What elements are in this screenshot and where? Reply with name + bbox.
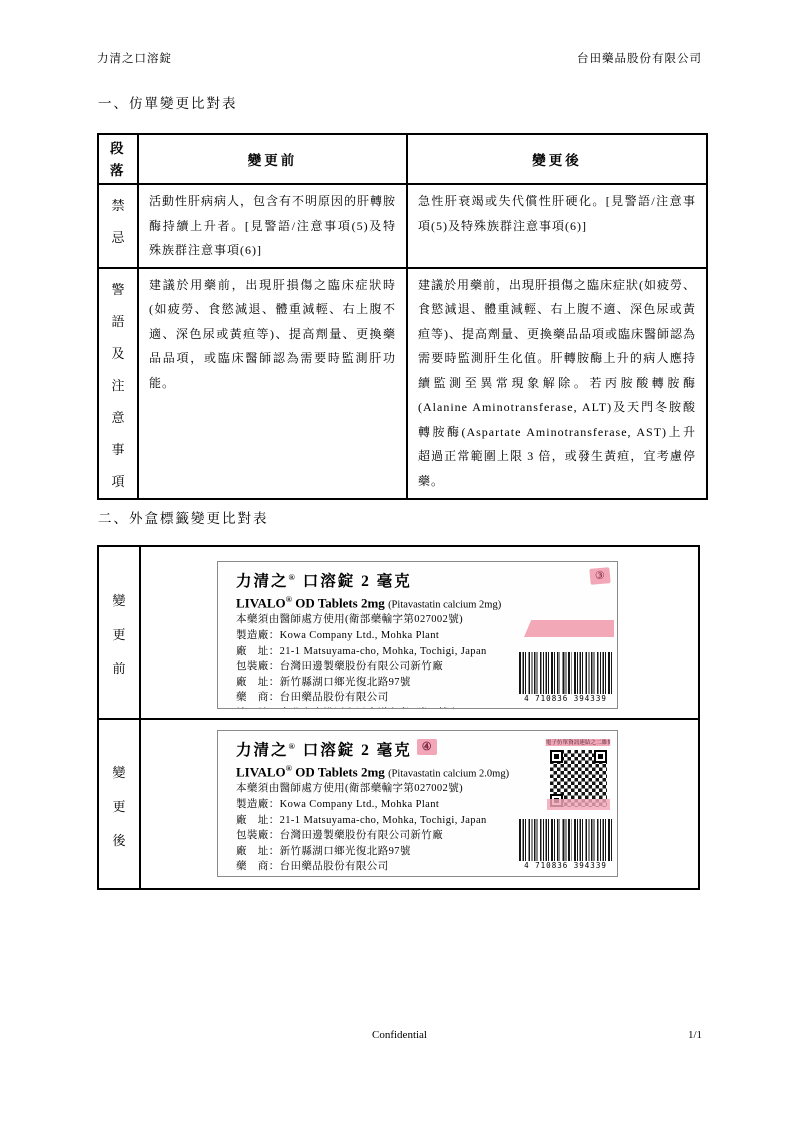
- license-holder-line: 藥 商：台田藥品股份有限公司: [236, 690, 566, 706]
- qr-finder-icon: [550, 750, 563, 763]
- annotation-badge-4: ④: [417, 739, 437, 755]
- packager-address-line: 廠 址：新竹縣湖口鄉光復北路97號: [236, 675, 566, 691]
- column-header-section: 段落: [110, 138, 126, 182]
- e-insert-qr-block: 電子仿單資訊連結之二維條碼: [546, 739, 610, 807]
- holder-address-line: 地 址：台北市南港區市民大道七段8號14樓之1: [236, 706, 566, 709]
- doc-footer: Confidential 1/1: [97, 1029, 702, 1041]
- pink-highlight-bar: [524, 620, 614, 637]
- company-name: 台田藥品股份有限公司: [577, 50, 702, 66]
- packager-address-line: 廠 址：新竹縣湖口鄉光復北路97號: [236, 844, 566, 860]
- barcode-digits: 4 710836 394339: [519, 694, 612, 703]
- table-row-label-before: 變更前 ③ 力清之® 口溶錠 2 毫克 LIVALO® OD Tablets 2…: [98, 546, 699, 719]
- manufacturer-line: 製造廠：Kowa Company Ltd., Mohka Plant: [236, 797, 566, 813]
- packager-line: 包裝廠：台灣田邊製藥股份有限公司新竹廠: [236, 659, 566, 675]
- package-label-after: 力清之® 口溶錠 2 毫克④ LIVALO® OD Tablets 2mg (P…: [217, 730, 618, 877]
- strength-text: (Pitavastatin calcium 2.0mg): [388, 768, 509, 779]
- holder-address-line: 地 址：台北市南港區市民大道七段8號14樓之1: [236, 875, 566, 877]
- pink-highlight-strip: [547, 799, 610, 810]
- row-label-before: 變更前: [111, 584, 127, 686]
- factory-address-line: 廠 址：21-1 Matsuyama-cho, Mohka, Tochigi, …: [236, 813, 566, 829]
- doc-header: 力清之口溶錠 台田藥品股份有限公司: [97, 50, 702, 66]
- barcode-digits: 4 710836 394339: [519, 861, 612, 870]
- after-text: 建議於用藥前，出現肝損傷之臨床症狀(如疲勞、食慾減退、體重減輕、右上腹不適、深色…: [407, 268, 707, 499]
- section2-title: 二、外盒標籤變更比對表: [98, 507, 269, 527]
- after-text: 急性肝衰竭或失代償性肝硬化。[見警語/注意事項(5)及特殊族群注意事項(6)]: [407, 184, 707, 268]
- rx-license-line: 本藥須由醫師處方使用(衛部藥輸字第027002號): [236, 612, 566, 628]
- row-section-label: 禁忌: [110, 190, 126, 254]
- before-text: 建議於用藥前，出現肝損傷之臨床症狀時(如疲勞、食慾減退、體重減輕、右上腹不適、深…: [138, 268, 407, 499]
- section1-title: 一、仿單變更比對表: [98, 92, 238, 112]
- qr-finder-icon: [594, 750, 607, 763]
- table-row-contraindications: 禁忌 活動性肝病病人，包含有不明原因的肝轉胺酶持續上升者。[見警語/注意事項(5…: [98, 184, 707, 268]
- packager-line: 包裝廠：台灣田邊製藥股份有限公司新竹廠: [236, 828, 566, 844]
- label-comparison-table: 變更前 ③ 力清之® 口溶錠 2 毫克 LIVALO® OD Tablets 2…: [97, 545, 700, 890]
- product-title-zh: 力清之® 口溶錠 2 毫克: [236, 569, 566, 591]
- row-label-after: 變更後: [111, 756, 127, 858]
- factory-address-line: 廠 址：21-1 Matsuyama-cho, Mohka, Tochigi, …: [236, 644, 566, 660]
- registered-mark: ®: [289, 741, 297, 751]
- barcode-bars: [519, 652, 612, 694]
- strength-text: (Pitavastatin calcium 2mg): [388, 599, 501, 610]
- page-number: 1/1: [688, 1029, 702, 1041]
- column-header-after: 變更後: [407, 134, 707, 184]
- table-row-label-after: 變更後 力清之® 口溶錠 2 毫克④ LIVALO® OD Tablets 2m…: [98, 719, 699, 889]
- ean-barcode: 4 710836 394339: [519, 819, 612, 870]
- product-title-en: LIVALO® OD Tablets 2mg (Pitavastatin cal…: [236, 761, 568, 781]
- annotation-badge-3: ③: [589, 567, 610, 585]
- ean-barcode: 4 710836 394339: [519, 652, 612, 703]
- document-page: 力清之口溶錠 台田藥品股份有限公司 一、仿單變更比對表 段落 變更前 變更後 禁…: [0, 0, 794, 1123]
- qr-caption: 電子仿單資訊連結之二維條碼: [546, 739, 610, 746]
- insert-comparison-table: 段落 變更前 變更後 禁忌 活動性肝病病人，包含有不明原因的肝轉胺酶持續上升者。…: [97, 133, 708, 500]
- before-text: 活動性肝病病人，包含有不明原因的肝轉胺酶持續上升者。[見警語/注意事項(5)及特…: [138, 184, 407, 268]
- product-title-en: LIVALO® OD Tablets 2mg (Pitavastatin cal…: [236, 592, 568, 612]
- barcode-bars: [519, 819, 612, 861]
- package-label-before: ③ 力清之® 口溶錠 2 毫克 LIVALO® OD Tablets 2mg (…: [217, 561, 618, 709]
- table-row-warnings: 警語及注意事項 建議於用藥前，出現肝損傷之臨床症狀時(如疲勞、食慾減退、體重減輕…: [98, 268, 707, 499]
- doc-title: 力清之口溶錠: [97, 50, 172, 66]
- registered-mark: ®: [289, 572, 297, 582]
- product-title-zh: 力清之® 口溶錠 2 毫克④: [236, 738, 566, 760]
- table-header-row: 段落 變更前 變更後: [98, 134, 707, 184]
- rx-license-line: 本藥須由醫師處方使用(衛部藥輸字第027002號): [236, 781, 566, 797]
- row-section-label: 警語及注意事項: [110, 274, 126, 498]
- confidential-label: Confidential: [97, 1029, 702, 1041]
- qr-code: [550, 750, 607, 807]
- license-holder-line: 藥 商：台田藥品股份有限公司: [236, 859, 566, 875]
- column-header-before: 變更前: [138, 134, 407, 184]
- manufacturer-line: 製造廠：Kowa Company Ltd., Mohka Plant: [236, 628, 566, 644]
